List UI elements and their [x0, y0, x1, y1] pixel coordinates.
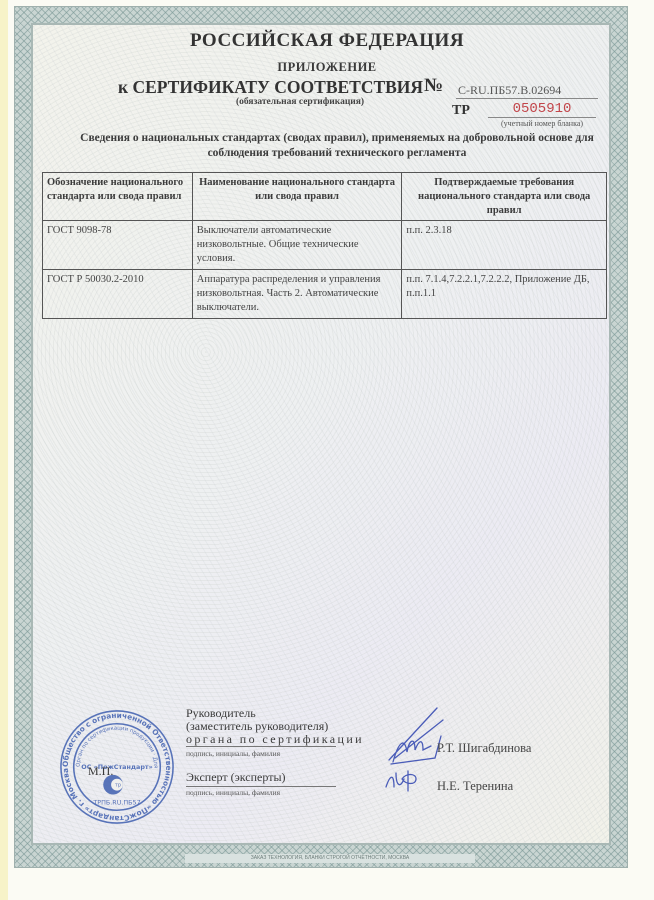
number-sign: №	[424, 75, 443, 97]
svg-text:тр: тр	[115, 783, 121, 789]
head-signature-label: Руководитель (заместитель руководителя) …	[186, 707, 364, 746]
expert-name: Н.Е. Теренина	[437, 779, 513, 794]
standard-name: Выключатели автоматические низковольтные…	[192, 221, 402, 270]
head-signature-icon	[385, 700, 445, 770]
column-header-name: Наименование национального стандарта или…	[192, 173, 402, 221]
organization-stamp: Общество с ограниченной Ответственностью…	[58, 708, 176, 826]
standards-table: Обозначение национального стандарта или …	[42, 172, 607, 319]
head-organ: органа по сертификации	[186, 733, 364, 746]
appendix-title: ПРИЛОЖЕНИЕ	[0, 60, 654, 75]
certificate-number: C-RU.ПБ57.B.02694	[456, 83, 598, 99]
table-row: ГОСТ Р 50030.2-2010 Аппаратура распредел…	[43, 270, 607, 319]
standard-designation: ГОСТ 9098-78	[43, 221, 193, 270]
table-row: ГОСТ 9098-78 Выключатели автоматические …	[43, 221, 607, 270]
stamp-code: ТРПБ.RU.ПБ57	[92, 798, 140, 806]
expert-signature-icon	[382, 765, 427, 795]
standards-intro: Сведения о национальных стандартах (свод…	[60, 131, 614, 161]
standard-designation: ГОСТ Р 50030.2-2010	[43, 270, 193, 319]
footer-microprint: ЗАКАЗ ТЕХНОЛОГИЯ, БЛАНКИ СТРОГОЙ ОТЧЁТНО…	[185, 854, 475, 863]
column-header-designation: Обозначение национального стандарта или …	[43, 173, 193, 221]
expert-label: Эксперт (эксперты)	[186, 771, 286, 784]
head-name: Р.Т. Шигабдинова	[437, 741, 531, 756]
expert-signature-line	[186, 786, 336, 787]
head-signature-line	[186, 746, 336, 747]
blank-number: 0505910	[488, 101, 596, 118]
standard-requirements: п.п. 7.1.4,7.2.2.1,7.2.2.2, Приложение Д…	[402, 270, 607, 319]
certificate-title: к СЕРТИФИКАТУ СООТВЕТСТВИЯ	[118, 77, 423, 98]
column-header-requirements: Подтверждаемые требования национального …	[402, 173, 607, 221]
standard-name: Аппаратура распределения и управления ни…	[192, 270, 402, 319]
expert-signature-caption: подпись, инициалы, фамилия	[186, 788, 280, 797]
head-signature-caption: подпись, инициалы, фамилия	[186, 749, 280, 758]
certification-type: (обязательная сертификация)	[236, 97, 364, 107]
table-header-row: Обозначение национального стандарта или …	[43, 173, 607, 221]
stamp-label: М.П.	[88, 764, 113, 779]
blank-prefix: ТР	[452, 103, 470, 119]
blank-number-caption: (учетный номер бланка)	[488, 119, 596, 128]
standard-requirements: п.п. 2.3.18	[402, 221, 607, 270]
page-edge	[0, 0, 8, 900]
country-title: РОССИЙСКАЯ ФЕДЕРАЦИЯ	[0, 30, 654, 52]
